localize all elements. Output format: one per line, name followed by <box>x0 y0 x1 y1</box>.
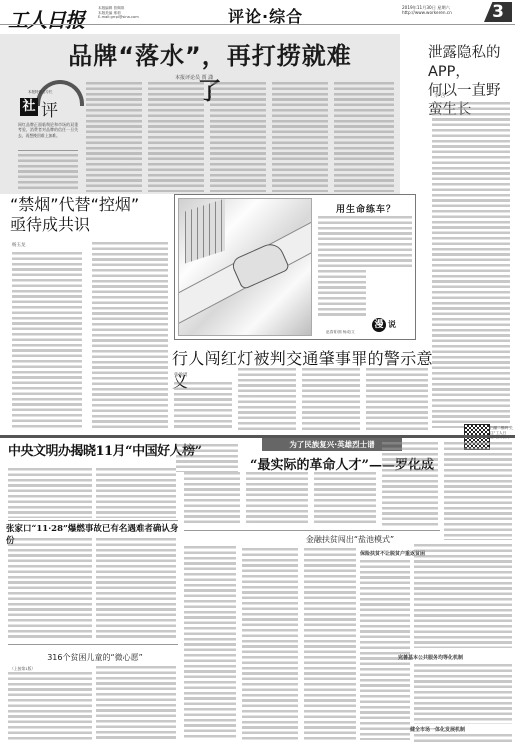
page-number: 3 <box>484 2 512 22</box>
lead-body-col-6 <box>334 82 394 192</box>
hero-series-banner: 为了民族复兴·英雄烈士谱 <box>262 438 402 451</box>
lead-body-col-4 <box>210 82 266 192</box>
column-badge-dark-char: 社 <box>20 98 38 116</box>
column-badge-tag: 本报特邀名专栏 <box>28 90 78 95</box>
date-block: 2019年11月30日 星期六 http://www.workeren.cn <box>402 5 472 15</box>
right-lower-body-1 <box>444 442 512 540</box>
good-people-body-col-3 <box>184 472 240 526</box>
lead-byline: 本报评论员 贾 潇 <box>175 74 213 81</box>
lead-body-col-1 <box>18 154 78 192</box>
section-divider-band <box>0 435 515 438</box>
right-lower-body-3 <box>414 664 512 724</box>
cartoon-text-narrow <box>318 270 366 316</box>
summary-divider <box>18 150 78 151</box>
hero-body-col-3 <box>382 442 438 526</box>
redlight-body-col-4 <box>366 368 428 430</box>
smoke-author: 杨玉龙 <box>12 242 26 248</box>
lead-body-col-3 <box>148 82 204 192</box>
right-lower-subhead-1: 完善基本公共服务均等化机制 <box>398 654 463 661</box>
building-icon <box>185 199 225 264</box>
redlight-author: 张渝周 <box>174 372 188 378</box>
divider-2 <box>8 644 178 645</box>
editor-info: 本版编辑 曾佩琪 本版美编 邢莉 E-mail:grrpl@sina.com <box>98 6 158 20</box>
children-headline[interactable]: 316个贫困儿童的“微心愿” <box>30 652 160 663</box>
divider-3 <box>184 530 440 531</box>
smoke-body-col-1 <box>12 252 82 428</box>
cartoon-text-wide <box>318 216 412 268</box>
lead-summary: 网红品牌正面临舆论和市场的双重考验，消费者对品牌的信任一旦失去，再想挽回难上加难… <box>18 122 78 146</box>
right-lower-body-4 <box>414 734 512 742</box>
cartoon-title: 用生命练车？ <box>318 202 414 215</box>
divider-1 <box>8 520 178 521</box>
right-lower-body-2 <box>414 544 512 648</box>
cartoon-illustration <box>178 198 312 336</box>
redlight-body-col-2 <box>238 368 296 430</box>
children-body-col-2 <box>96 666 176 740</box>
right-headline-line-1: 泄露隐私的APP， <box>428 44 513 82</box>
finance-body-col-3 <box>304 548 356 740</box>
newspaper-logo: 工人日报 <box>8 4 84 33</box>
email-line: E-mail:grrpl@sina.com <box>98 15 158 20</box>
redlight-body-col-3 <box>302 368 360 430</box>
smoke-headline-line-2: 亟待成共识 <box>10 215 170 235</box>
good-people-intro <box>176 444 238 472</box>
zjk-body-col-2 <box>96 538 176 640</box>
smoke-headline-line-1: “禁烟”代替“控烟” <box>10 195 170 215</box>
hero-body-col-1 <box>246 472 308 526</box>
smoke-body-col-2 <box>92 242 168 428</box>
finance-body-col-2 <box>242 548 298 740</box>
good-people-body-col-2 <box>96 468 176 518</box>
zjk-body-col-1 <box>8 538 92 640</box>
lead-body-col-2 <box>86 82 142 192</box>
manshuo-label: 说 <box>388 319 396 330</box>
redlight-body-col-1 <box>174 382 232 430</box>
site-url[interactable]: http://www.workeren.cn <box>402 10 472 15</box>
finance-body-col-4 <box>360 560 410 740</box>
header-divider <box>0 24 515 25</box>
cartoon-credit: 赵春青/图 杨成/文 <box>326 330 355 335</box>
manshuo-logo-icon: 漫 <box>372 318 386 332</box>
finance-headline[interactable]: 金融扶贫闯出“盐池模式” <box>290 534 410 545</box>
smoke-headline[interactable]: “禁烟”代替“控烟” 亟待成共识 <box>10 195 170 235</box>
column-badge-light-char: 评 <box>41 96 58 121</box>
children-body-col-1 <box>8 672 92 740</box>
right-lower-subhead-2: 健全市场一体化发展机制 <box>410 726 465 733</box>
lead-body-col-5 <box>272 82 328 192</box>
good-people-body-col-1 <box>8 468 92 518</box>
right-column-author: 李 含 <box>434 92 446 99</box>
right-column-body <box>432 102 510 428</box>
hero-body-col-2 <box>314 472 376 526</box>
finance-body-col-1 <box>184 546 236 740</box>
